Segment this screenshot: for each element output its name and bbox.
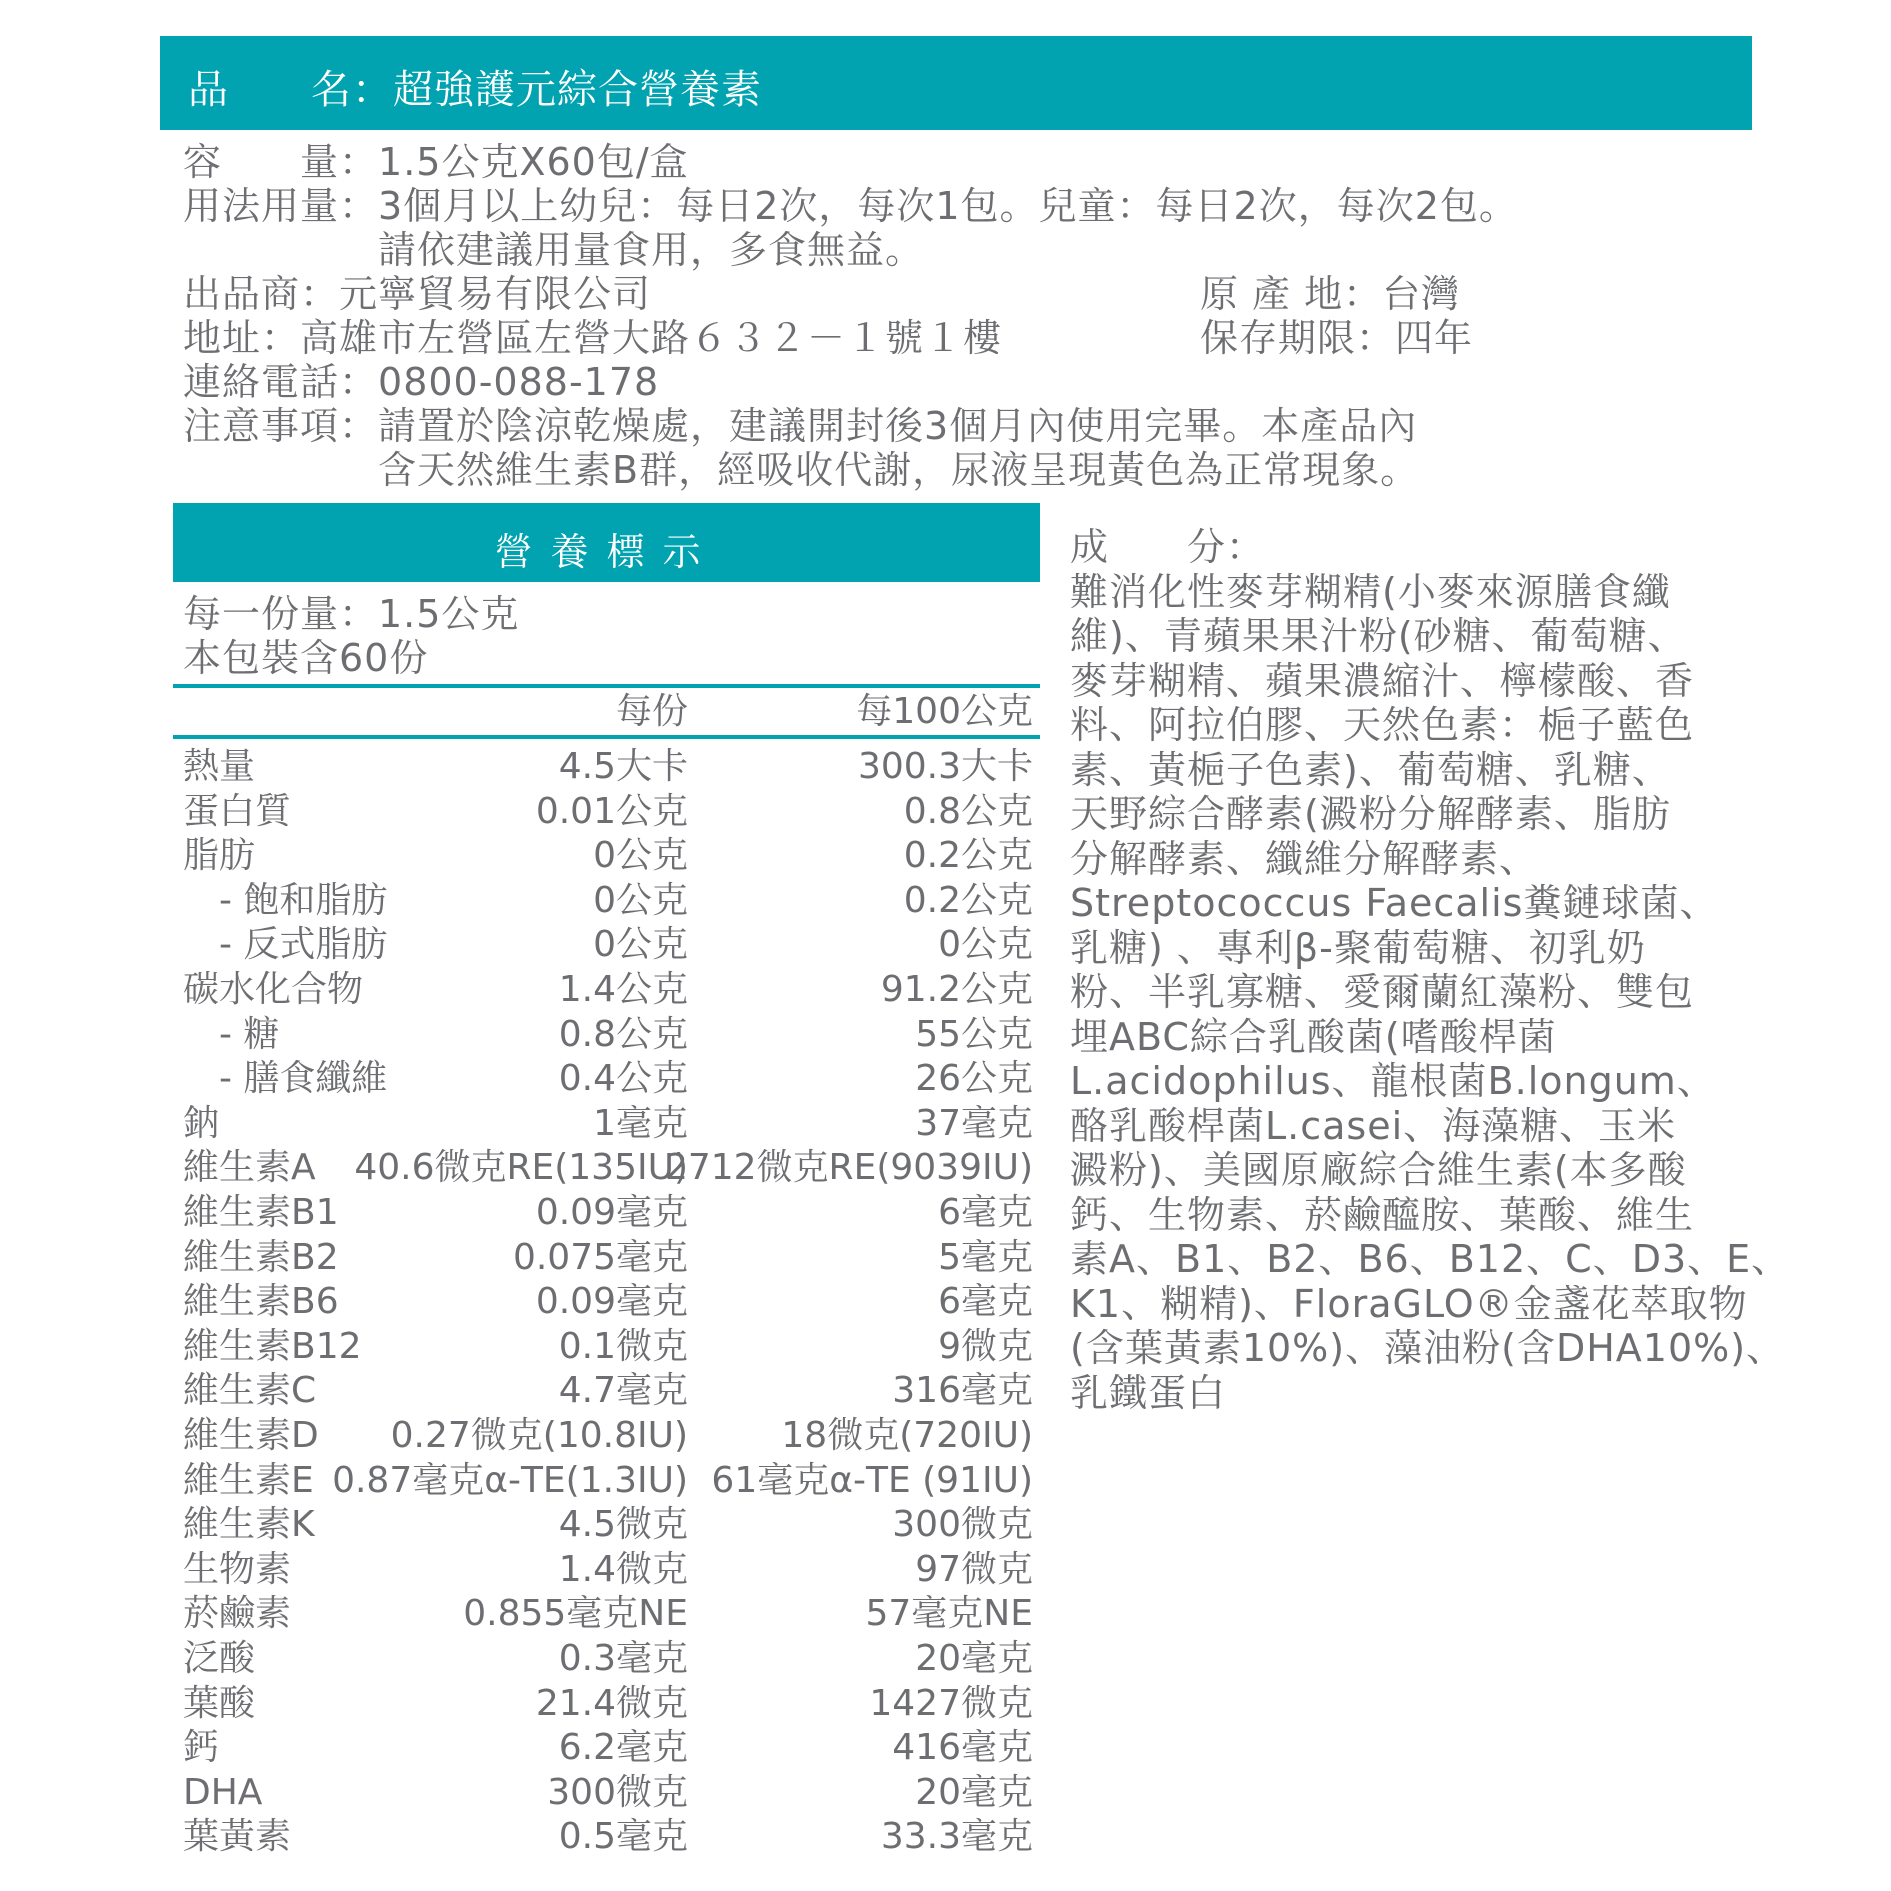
ingredient-line: 酪乳酸桿菌L.casei、海藻糖、玉米 [1070,1104,1760,1149]
table-header: 每份 每100公克 [183,690,1033,734]
nutrient-name: 熱量 [183,745,255,789]
table-row: DHA300微克20毫克 [183,1771,1033,1815]
per-100g-value: 0公克 [938,923,1033,967]
nutrient-name: 維生素D [183,1414,319,1458]
per-100g-value: 6毫克 [938,1191,1033,1235]
per-serving-value: 1.4公克 [559,968,688,1012]
per-100g-value: 20毫克 [915,1771,1033,1815]
per-100g-value: 5毫克 [938,1236,1033,1280]
per-100g-value: 316毫克 [892,1369,1033,1413]
info-label [183,228,378,272]
info-value: 請依建議用量食用，多食無益。 [378,228,924,272]
per-serving-value: 0.09毫克 [536,1280,688,1324]
product-name-bar: 品 名：超強護元綜合營養素 [160,36,1752,130]
ingredient-line: L.acidophilus、龍根菌B.longum、 [1070,1059,1760,1104]
serving-size: 每一份量：1.5公克 [183,592,519,636]
nutrient-name: 維生素A [183,1146,316,1190]
ingredient-line: 鈣、生物素、菸鹼醯胺、葉酸、維生 [1070,1193,1760,1238]
per-serving-value: 1毫克 [593,1102,688,1146]
nutrient-name: - 膳食纖維 [183,1057,387,1101]
nutrient-name: 脂肪 [183,834,255,878]
info-value: 0800-088-178 [378,360,659,404]
info-value: 1.5公克X60包/盒 [378,140,689,184]
table-row: 維生素B20.075毫克5毫克 [183,1236,1033,1280]
ingredient-line: 難消化性麥芽糊精(小麥來源膳食纖 [1070,570,1760,615]
table-row: 葉酸21.4微克1427微克 [183,1682,1033,1726]
table-row: 維生素B120.1微克9微克 [183,1325,1033,1369]
per-100g-value: 300微克 [892,1503,1033,1547]
table-row: 脂肪0公克0.2公克 [183,834,1033,878]
table-row: 碳水化合物1.4公克91.2公克 [183,968,1033,1012]
table-row: 蛋白質0.01公克0.8公克 [183,790,1033,834]
per-serving-value: 0.855毫克NE [463,1592,688,1636]
per-100g-value: 33.3毫克 [881,1815,1033,1859]
ingredient-line: 素、黃梔子色素)、葡萄糖、乳糖、 [1070,748,1760,793]
per-100g-value: 0.8公克 [904,790,1033,834]
table-row: 維生素B60.09毫克6毫克 [183,1280,1033,1324]
ingredient-line: 料、阿拉伯膠、天然色素：梔子藍色 [1070,703,1760,748]
table-row: 維生素D0.27微克(10.8IU)18微克(720IU) [183,1414,1033,1458]
per-serving-value: 0.075毫克 [513,1236,688,1280]
table-row: 維生素B10.09毫克6毫克 [183,1191,1033,1235]
table-row: 鈉1毫克37毫克 [183,1102,1033,1146]
table-rule-header [173,735,1040,739]
info-phone: 連絡電話：0800-088-178 [183,360,659,404]
per-100g-value: 300.3大卡 [858,745,1033,789]
ingredients: 成 分： 難消化性麥芽糊精(小麥來源膳食纖維)、青蘋果果汁粉(砂糖、葡萄糖、麥芽… [1070,525,1760,1415]
table-row: 維生素K4.5微克300微克 [183,1503,1033,1547]
ingredient-line: 麥芽糊精、蘋果濃縮汁、檸檬酸、香 [1070,659,1760,704]
per-serving-value: 4.7毫克 [559,1369,688,1413]
per-serving-value: 4.5微克 [559,1503,688,1547]
product-name-label: 品 名： [188,67,393,113]
per-serving-value: 0.87毫克α-TE(1.3IU) [332,1459,688,1503]
per-serving-value: 0.1微克 [559,1325,688,1369]
nutrient-name: 泛酸 [183,1637,255,1681]
nutrient-name: DHA [183,1771,262,1815]
info-label: 用法用量： [183,184,378,228]
info-label: 注意事項： [183,404,378,448]
per-100g-value: 37毫克 [915,1102,1033,1146]
per-serving-value: 0.4公克 [559,1057,688,1101]
table-row: 泛酸0.3毫克20毫克 [183,1637,1033,1681]
info-notes: 注意事項：請置於陰涼乾燥處，建議開封後3個月內使用完畢。本產品內 [183,404,1417,448]
shelf-life-label: 保存期限： [1200,316,1395,360]
ingredient-line: 粉、半乳寡糖、愛爾蘭紅藻粉、雙包 [1070,970,1760,1015]
nutrient-name: 蛋白質 [183,790,291,834]
table-row: 熱量4.5大卡300.3大卡 [183,745,1033,789]
origin-value: 台灣 [1382,272,1460,316]
per-100g-value: 26公克 [915,1057,1033,1101]
product-name: 品 名：超強護元綜合營養素 [188,58,762,115]
nutrient-name: 葉黃素 [183,1815,291,1859]
info-address: 地址：高雄市左營區左營大路６３２－１號１樓 [183,316,1002,360]
table-row: - 飽和脂肪0公克0.2公克 [183,879,1033,923]
ingredient-line: 乳鐵蛋白 [1070,1371,1760,1416]
info-label: 連絡電話： [183,360,378,404]
col-per-100g: 每100公克 [856,690,1033,734]
info-notes-cont: 含天然維生素B群，經吸收代謝，尿液呈現黃色為正常現象。 [183,448,1419,492]
nutrient-name: 葉酸 [183,1682,255,1726]
per-serving-value: 0.27微克(10.8IU) [391,1414,688,1458]
nutrient-name: 鈉 [183,1102,219,1146]
nutrient-name: - 糖 [183,1013,279,1057]
per-100g-value: 2712微克RE(9039IU) [665,1146,1033,1190]
table-row: 生物素1.4微克97微克 [183,1548,1033,1592]
per-100g-value: 416毫克 [892,1726,1033,1770]
origin-label: 原 產 地： [1200,272,1382,316]
nutrient-name: - 反式脂肪 [183,923,387,967]
per-serving-value: 0.01公克 [536,790,688,834]
info-value: 含天然維生素B群，經吸收代謝，尿液呈現黃色為正常現象。 [378,448,1419,492]
per-serving-value: 6.2毫克 [559,1726,688,1770]
info-usage-note: 請依建議用量食用，多食無益。 [183,228,924,272]
ingredient-line: K1、糊精)、FloraGLO®金盞花萃取物 [1070,1282,1760,1327]
per-serving-value: 0.09毫克 [536,1191,688,1235]
info-label: 出品商： [183,272,339,316]
info-label [183,448,378,492]
info-value: 3個月以上幼兒：每日2次，每次1包。兒童：每日2次，每次2包。 [378,184,1518,228]
table-row: 鈣6.2毫克416毫克 [183,1726,1033,1770]
info-value: 請置於陰涼乾燥處，建議開封後3個月內使用完畢。本產品內 [378,404,1417,448]
product-name-value: 超強護元綜合營養素 [393,67,762,113]
per-serving-value: 0.3毫克 [559,1637,688,1681]
ingredient-line: 分解酵素、纖維分解酵素、 [1070,837,1760,882]
col-per-serving: 每份 [616,690,688,734]
info-manufacturer: 出品商：元寧貿易有限公司 [183,272,651,316]
per-serving-value: 300微克 [547,1771,688,1815]
ingredient-line: 素A、B1、B2、B6、B12、C、D3、E、 [1070,1237,1760,1282]
per-100g-value: 6毫克 [938,1280,1033,1324]
table-row: 維生素A40.6微克RE(135IU)2712微克RE(9039IU) [183,1146,1033,1190]
per-100g-value: 0.2公克 [904,879,1033,923]
ingredient-line: 乳糖) 、專利β-聚葡萄糖、初乳奶 [1070,926,1760,971]
ingredient-line: 天野綜合酵素(澱粉分解酵素、脂肪 [1070,792,1760,837]
info-value: 高雄市左營區左營大路６３２－１號１樓 [300,316,1002,360]
per-100g-value: 91.2公克 [881,968,1033,1012]
table-row: 菸鹼素0.855毫克NE57毫克NE [183,1592,1033,1636]
nutrient-name: 維生素K [183,1503,315,1547]
nutrient-name: 維生素B2 [183,1236,339,1280]
per-100g-value: 9微克 [938,1325,1033,1369]
info-shelf-life: 保存期限：四年 [1200,316,1473,360]
per-100g-value: 1427微克 [869,1682,1033,1726]
ingredient-line: 埋ABC綜合乳酸菌(嗜酸桿菌 [1070,1015,1760,1060]
nutrient-name: 菸鹼素 [183,1592,291,1636]
ingredient-line: 維)、青蘋果果汁粉(砂糖、葡萄糖、 [1070,614,1760,659]
nutrient-name: 鈣 [183,1726,219,1770]
per-serving-value: 0.5毫克 [559,1815,688,1859]
per-serving-value: 0.8公克 [559,1013,688,1057]
ingredients-list: 難消化性麥芽糊精(小麥來源膳食纖維)、青蘋果果汁粉(砂糖、葡萄糖、麥芽糊精、蘋果… [1070,570,1760,1416]
ingredients-label: 成 分： [1070,525,1760,570]
nutrient-name: 維生素B1 [183,1191,339,1235]
info-capacity: 容 量：1.5公克X60包/盒 [183,140,689,184]
per-serving-value: 0公克 [593,879,688,923]
per-100g-value: 0.2公克 [904,834,1033,878]
ingredient-line: (含葉黃素10%)、藻油粉(含DHA10%)、 [1070,1326,1760,1371]
per-100g-value: 18微克(720IU) [781,1414,1033,1458]
table-rule-top [173,684,1040,688]
nutrient-name: 維生素B12 [183,1325,362,1369]
table-row: 維生素E0.87毫克α-TE(1.3IU)61毫克α-TE (91IU) [183,1459,1033,1503]
table-row: 葉黃素0.5毫克33.3毫克 [183,1815,1033,1859]
nutrient-name: 碳水化合物 [183,968,363,1012]
per-serving-value: 21.4微克 [536,1682,688,1726]
nutrient-name: 維生素B6 [183,1280,339,1324]
servings-per-pack: 本包裝含60份 [183,636,428,680]
table-row: - 反式脂肪0公克0公克 [183,923,1033,967]
info-origin: 原 產 地：台灣 [1200,272,1460,316]
info-value: 元寧貿易有限公司 [339,272,651,316]
per-serving-value: 4.5大卡 [559,745,688,789]
info-usage: 用法用量：3個月以上幼兒：每日2次，每次1包。兒童：每日2次，每次2包。 [183,184,1518,228]
table-row: 維生素C4.7毫克316毫克 [183,1369,1033,1413]
per-serving-value: 0公克 [593,923,688,967]
info-label: 地址： [183,316,300,360]
table-row: - 糖0.8公克55公克 [183,1013,1033,1057]
per-serving-value: 40.6微克RE(135IU) [354,1146,688,1190]
nutrition-title: 營養標示 [173,521,1040,576]
per-serving-value: 1.4微克 [559,1548,688,1592]
per-100g-value: 57毫克NE [866,1592,1034,1636]
ingredient-line: Streptococcus Faecalis糞鏈球菌、 [1070,881,1760,926]
nutrition-title-bar: 營養標示 [173,503,1040,582]
per-serving-value: 0公克 [593,834,688,878]
per-100g-value: 97微克 [915,1548,1033,1592]
nutrient-name: - 飽和脂肪 [183,879,387,923]
nutrient-name: 維生素E [183,1459,314,1503]
per-100g-value: 61毫克α-TE (91IU) [711,1459,1033,1503]
ingredient-line: 澱粉)、美國原廠綜合維生素(本多酸 [1070,1148,1760,1193]
per-100g-value: 55公克 [915,1013,1033,1057]
per-100g-value: 20毫克 [915,1637,1033,1681]
table-row: - 膳食纖維0.4公克26公克 [183,1057,1033,1101]
nutrient-name: 維生素C [183,1369,316,1413]
info-label: 容 量： [183,140,378,184]
shelf-life-value: 四年 [1395,316,1473,360]
nutrient-name: 生物素 [183,1548,291,1592]
